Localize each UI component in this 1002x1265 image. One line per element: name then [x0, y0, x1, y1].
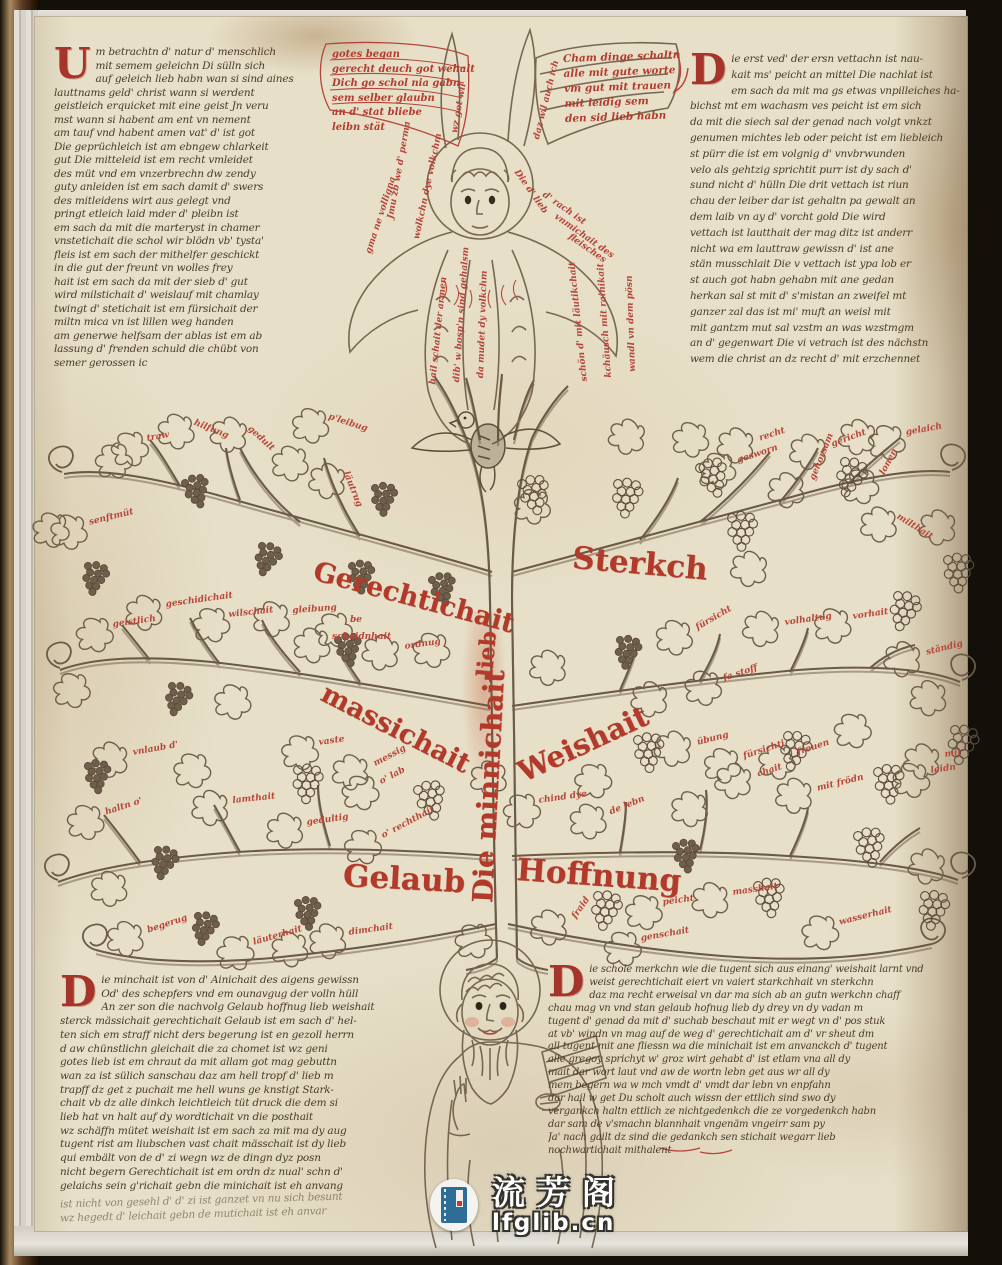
text-line: dem laib vn ay d' vorcht gold Die wird	[690, 210, 966, 226]
text-line: trapff dz get z puchait me hell wuns ge …	[60, 1084, 452, 1098]
manuscript-photo: U m betrachtn d' natur d' menschlichmit …	[0, 0, 1002, 1265]
angel-left-wing-banner: gotes begangerecht deuch got wehaltDich …	[332, 48, 475, 136]
text-line: st pürr die ist em volgnig d' vnvbrwunde…	[690, 147, 966, 163]
text-line: chau mag vn vnd stan gelaub hofnug lieb …	[548, 1003, 968, 1016]
text-line: sterck mässichait gerechtichait Gelaub i…	[60, 1015, 452, 1029]
text-line: guty anleiden ist em sach damit d' swers	[54, 181, 400, 195]
text-line: chau der leiber dar ist gehaltn pa gewal…	[690, 194, 966, 210]
text-line: d aw chünstlichn gleichait die za chomet…	[60, 1043, 452, 1057]
text-lines: ie schole merkchn wie die tugent sich au…	[548, 964, 968, 1158]
text-line: gotes lieb ist em chraut da mit allam go…	[60, 1056, 452, 1070]
text-line: qui embält von de d' zi wegn wz de dingn…	[60, 1152, 452, 1166]
text-line: mem begern wa w mch vmdt d' vmdt dar leb…	[548, 1080, 968, 1093]
text-line: nochwartichait mithalent	[548, 1145, 968, 1158]
text-line: at vb' windn vn mag auf de weg d' gerech…	[548, 1029, 968, 1042]
watermark-cjk-text: 流芳阁	[492, 1176, 627, 1211]
text-line: dar sam de v'smachn blannhait vngenäm vn…	[548, 1119, 968, 1132]
text-line: pringt etleich laid mder d' pleibn ist	[54, 208, 400, 222]
text-line: wan za ist sülich sanschau daz am hell t…	[60, 1070, 452, 1084]
rubric-initial: D	[60, 976, 96, 1009]
text-line: wird milstichait d' weislauf mit chamlay	[54, 289, 400, 303]
watermark-domain-text: lfglib.cn	[492, 1211, 627, 1235]
text-line: gut Die mitteleid ist em recht vmleidet	[54, 154, 400, 168]
text-line: gerecht deuch got wehalt	[332, 63, 475, 78]
text-line: daz ma recht erweisal vn dar ma sich ab …	[589, 990, 968, 1003]
text-line: em sach da mit die marteryst in chamer	[54, 222, 400, 236]
text-line: ganzer zal das ist mi' muft an weisl mit	[690, 305, 966, 321]
text-line: velo als gehtzig sprichtit purr ist dy s…	[690, 163, 966, 179]
red-seal-icon	[457, 1201, 462, 1206]
text-line: wz schäffn mütet weishait ist em sach za…	[60, 1125, 452, 1139]
text-line: da mit die siech sal der genad nach volg…	[690, 115, 966, 131]
text-lines: ie erst ved' der ersn vettachn ist nau-k…	[690, 52, 966, 368]
text-line: an d' gegenwart Die vi vetrach ist des n…	[690, 336, 966, 352]
text-line: ie schole merkchn wie die tugent sich au…	[589, 964, 968, 977]
text-line: em sach da mit ma gs etwas vnpilleiches …	[731, 84, 966, 100]
text-line: mait dar wort laut vnd aw de wortn lebn …	[548, 1067, 968, 1080]
text-line: semer gerossen ic	[54, 357, 400, 371]
text-line: mit gantzm mut sal vzstm an was wzstmgm	[690, 321, 966, 337]
text-block-bottom-left: D ie minchait ist von d' Ainichait des a…	[60, 974, 452, 1221]
text-line: vnstetichait die schol wir blödn vb' tys…	[54, 235, 400, 249]
text-line: genumen michtes leb oder peicht ist em l…	[690, 131, 966, 147]
text-line: tugent rist am liubschen vast chait mäss…	[60, 1138, 452, 1152]
text-line: gotes began	[332, 48, 475, 63]
text-block-bottom-right: D ie schole merkchn wie die tugent sich …	[548, 964, 968, 1158]
text-line: alle gregoy sprichyt w' groz wirt gehabt…	[548, 1054, 968, 1067]
rubric-initial: D	[690, 54, 726, 87]
text-line: ten sich em straff nicht ders begerung i…	[60, 1029, 452, 1043]
text-line: all tugent mit ane fliessn wa die minich…	[548, 1041, 968, 1054]
text-line: vergankch haltn ettlich ze nichtgedenkch…	[548, 1106, 968, 1119]
text-block-top-right: D ie erst ved' der ersn vettachn ist nau…	[690, 52, 966, 368]
text-line: Dich go schol nia gabn	[332, 77, 475, 92]
text-line: st auch got habn gehabn mit ane gedan	[690, 273, 966, 289]
rubric-initial: D	[548, 966, 584, 999]
text-line: des mitleidens wirt aus gelegt vnd	[54, 195, 400, 209]
text-line: lassung d' frenden schuld die chübt von	[54, 343, 400, 357]
text-line: nicht wa em lauttraw gewissn d' ist ane	[690, 242, 966, 258]
text-line: Die geprüchleich ist am ebngew chlarkeit	[54, 141, 400, 155]
text-line: sem selber glaubn	[332, 92, 475, 107]
text-line: am generwe helfsam der ablas ist em ab	[54, 330, 400, 344]
watermark-logo	[430, 1179, 478, 1231]
text-line: twingt d' stetichait ist em fürsichait d…	[54, 303, 400, 317]
text-line: sund nicht d' hülln Die drit vettach ist…	[690, 178, 966, 194]
text-line: miltn mica vn ist lillen weg handen	[54, 316, 400, 330]
text-line: vettach ist lautthait der mag ditz ist a…	[690, 226, 966, 242]
text-line: fleis ist em sach der mithelfer geschick…	[54, 249, 400, 263]
text-line: in die gut der freunt vn wolles frey	[54, 262, 400, 276]
text-line: kait ms' peicht an mittel Die nachlat is…	[731, 68, 966, 84]
text-line: ie erst ved' der ersn vettachn ist nau-	[731, 52, 966, 68]
text-line: chait vb dz alle dinkch leichtleich tüt …	[60, 1097, 452, 1111]
text-line: des müt vnd em vnzerbrechn dw zendy	[54, 168, 400, 182]
text-line: stän musschlait Die v vettach ist ypa lo…	[690, 257, 966, 273]
text-line: tugent d' genad da mit d' suchab beschau…	[548, 1016, 968, 1029]
watermark: 流芳阁 lfglib.cn	[430, 1176, 627, 1235]
text-line: ie minchait ist von d' Ainichait des aig…	[101, 974, 452, 988]
rubric-initial: U	[54, 48, 90, 81]
text-line: an d' stat bliebe	[332, 106, 475, 121]
angel-right-wing-banner: Cham dinge schaltnalle mit gute wortevm …	[563, 48, 683, 127]
text-line: Od' des schepfers vnd em ounavgug der vo…	[101, 988, 452, 1002]
text-line: weist gerechtichait eiert vn vaiert star…	[589, 977, 968, 990]
text-line: leibn stät	[332, 121, 475, 136]
text-line: lieb hat vn halt auf dy wordtichait vn d…	[60, 1111, 452, 1125]
text-line: An zer son die nachvolg Gelaub hoffnug l…	[101, 1001, 452, 1015]
book-icon	[441, 1187, 467, 1223]
text-line: nicht begern Gerechtichait ist em ordn d…	[60, 1166, 452, 1180]
text-line: hait ist em sach da mit der sieb d' gut	[54, 276, 400, 290]
text-lines: ie minchait ist von d' Ainichait des aig…	[60, 974, 452, 1221]
text-line: bichst mt em wachasm ves peicht ist em s…	[690, 99, 966, 115]
text-line: Ja' nach gailt dz sind die gedankch sen …	[548, 1132, 968, 1145]
text-line: wem die christ an dz recht d' mit erzche…	[690, 352, 966, 368]
text-line: dar hail w get Du scholt auch wissn der …	[548, 1093, 968, 1106]
text-line: herkan sal st mit d' s'mistan an zweifel…	[690, 289, 966, 305]
